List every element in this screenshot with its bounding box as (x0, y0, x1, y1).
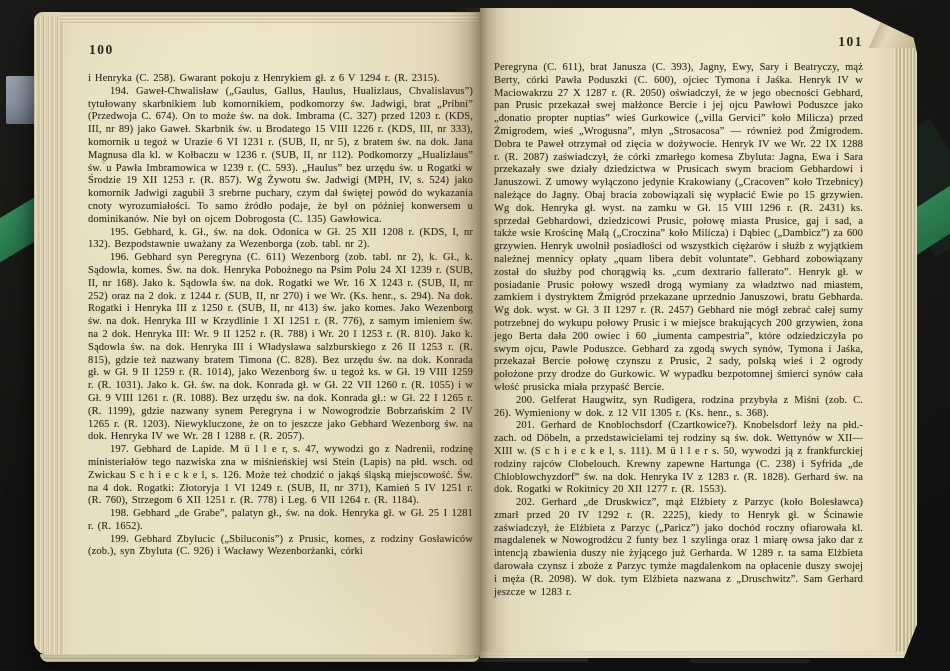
entry-194-gawel-chwalislaw: 194. Gaweł-Chwalisław („Gaulus, Gallus, … (88, 86, 473, 227)
entry-202-gerhard-de-druskwicz: 202. Gerhard „de Druskwicz”, mąż Elżbiet… (494, 497, 863, 599)
entry-201-gerhard-de-knoblochsdorf: 201. Gerhard de Knoblochsdorf (Czartkowi… (494, 420, 863, 497)
book-left-page: 100 i Henryka (C. 258). Gwarant pokoju z… (34, 12, 480, 655)
left-page-content: 100 i Henryka (C. 258). Gwarant pokoju z… (34, 12, 480, 655)
table-surface-glint (690, 659, 810, 663)
entry-195-gebhard: 195. Gebhard, k. Gł., św. na dok. Odonic… (88, 227, 473, 253)
book-right-page: 101 Peregryna (C. 611), brat Janusza (C.… (480, 8, 917, 658)
entry-198-gebhard-de-grabe: 198. Gebhard „de Grabe”, palatyn gł., św… (88, 508, 473, 534)
entry-200-gelferat-haugwitz: 200. Gelferat Haugwitz, syn Rudigera, ro… (494, 395, 863, 421)
entry-197-gebhard-de-lapide: 197. Gebhard de Lapide. M ü l l e r, s. … (88, 444, 473, 508)
entry-196-gebhard-wezenborg: 196. Gebhard syn Peregryna (C. 611) Weze… (88, 252, 473, 444)
background-gray-object (6, 76, 36, 124)
page-number-left: 100 (89, 42, 473, 58)
left-page-bottom-stack-edge (40, 654, 480, 662)
left-text-column: i Henryka (C. 258). Gwarant pokoju z Hen… (88, 73, 473, 559)
right-page-content: 101 Peregryna (C. 611), brat Janusza (C.… (480, 8, 917, 658)
photo-of-open-book: 100 i Henryka (C. 258). Gwarant pokoju z… (0, 0, 950, 671)
right-text-column: Peregryna (C. 611), brat Janusza (C. 393… (494, 62, 863, 599)
entry-199-gebhard-zbylucic: 199. Gebhard Zbylucic („Sbiluconis”) z P… (88, 534, 473, 560)
continuation-paragraph: i Henryka (C. 258). Gwarant pokoju z Hen… (88, 73, 473, 86)
continuation-paragraph-199: Peregryna (C. 611), brat Janusza (C. 393… (494, 62, 863, 395)
page-number-right: 101 (494, 34, 863, 50)
